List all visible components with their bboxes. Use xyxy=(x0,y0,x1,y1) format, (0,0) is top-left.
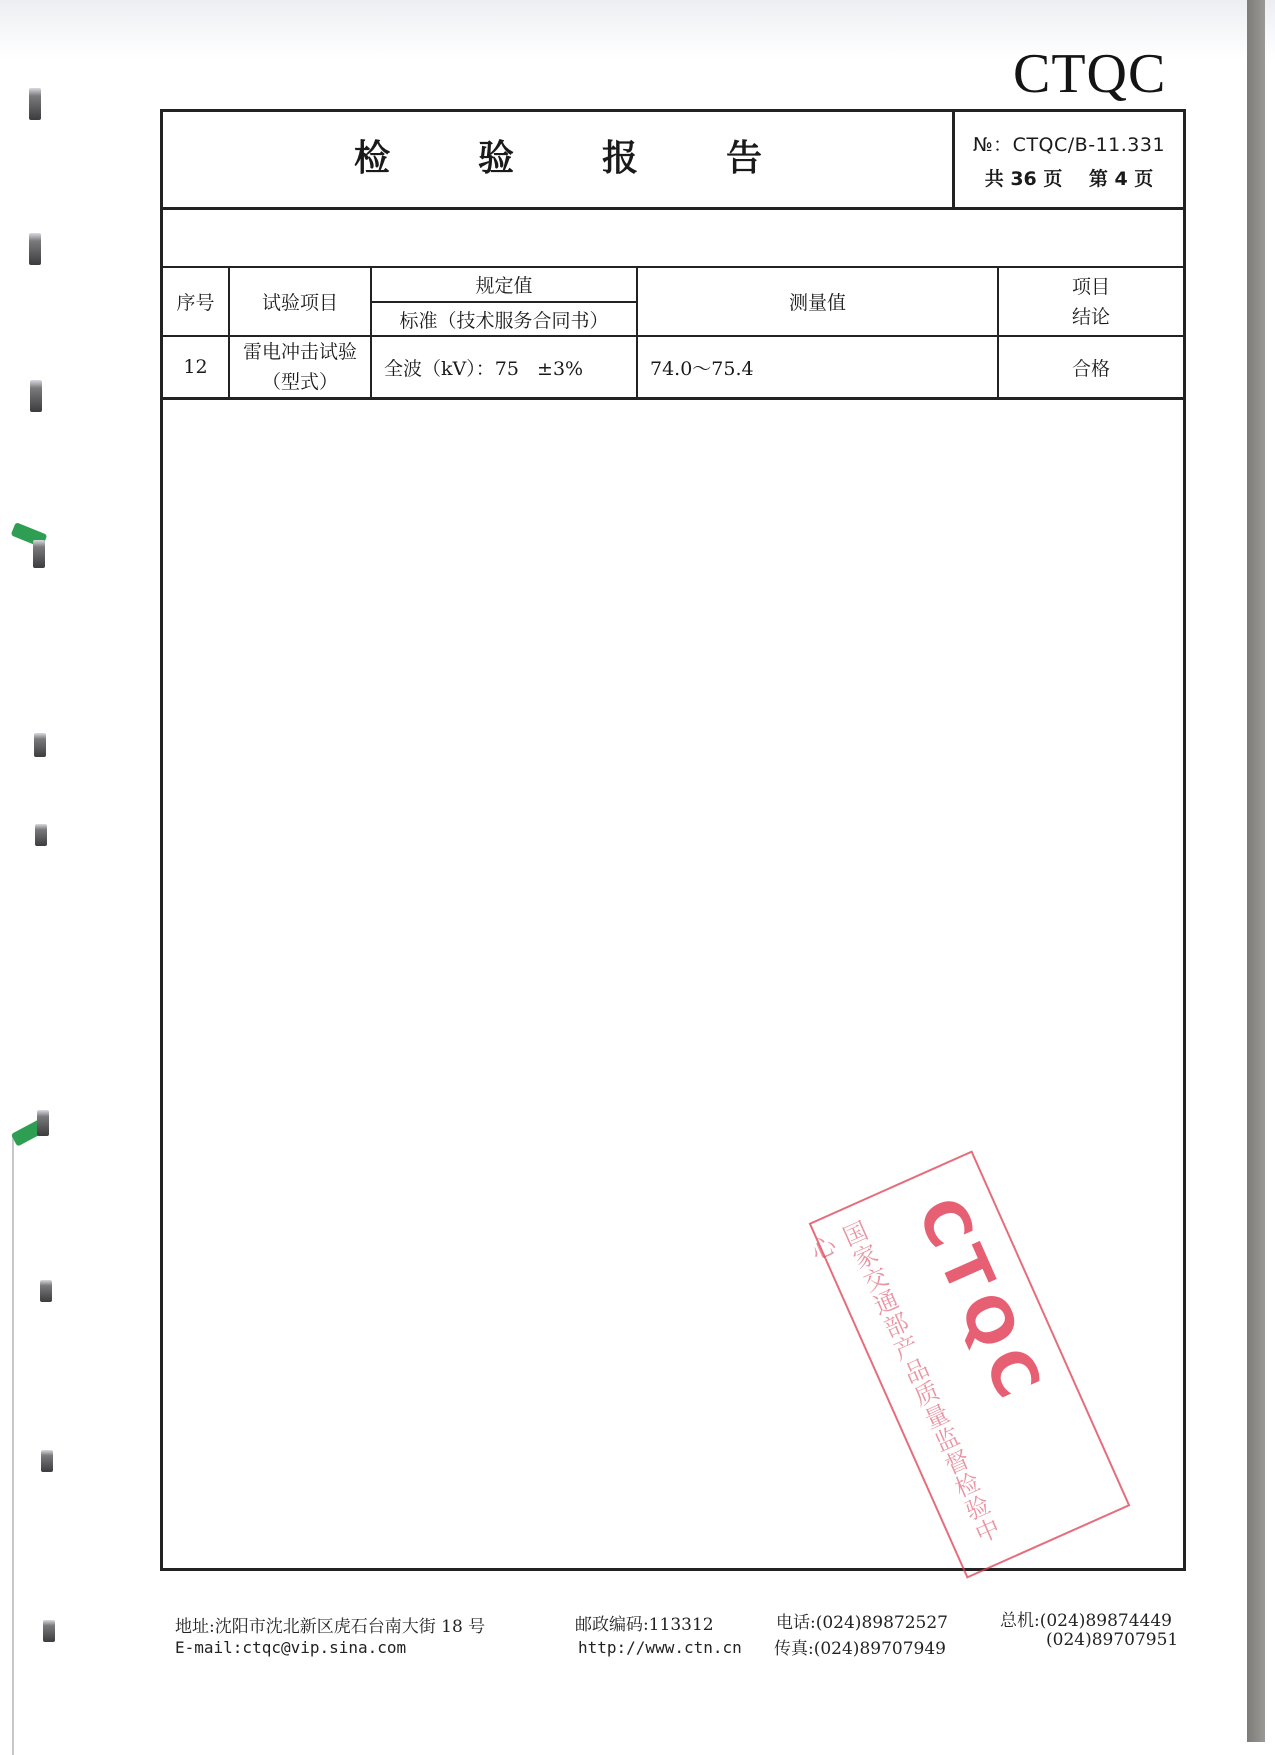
report-number: №：CTQC/B-11.331 xyxy=(955,130,1183,157)
cell-item-line2: （型式） xyxy=(230,367,370,397)
header-spec-sub: 标准（技术服务合同书） xyxy=(371,302,637,336)
cell-seq: 12 xyxy=(163,336,229,399)
footer-switchboard-2: (024)89707951 xyxy=(1046,1630,1178,1650)
scan-right-edge xyxy=(1247,0,1265,1742)
title-char: 检 xyxy=(354,130,390,181)
current-page: 第 4 页 xyxy=(1089,168,1153,190)
scan-left-line xyxy=(12,1135,14,1755)
report-number-box: №：CTQC/B-11.331 共 36 页 第 4 页 xyxy=(952,112,1183,207)
cell-spec: 全波（kV）：75 ±3% xyxy=(371,336,637,399)
footer-fax: 传真:(024)89707949 xyxy=(774,1634,946,1659)
footer-address: 地址:沈阳市沈北新区虎石台南大街 18 号 xyxy=(175,1612,485,1637)
header-conclusion-line1: 项目 xyxy=(999,272,1183,302)
brand-logo-text: CTQC xyxy=(1013,42,1166,106)
footer-phone: 电话:(024)89872527 xyxy=(776,1608,948,1633)
footer-email[interactable]: E-mail:ctqc@vip.sina.com xyxy=(175,1638,406,1657)
binding-hole xyxy=(41,1450,53,1472)
binding-hole xyxy=(40,1280,52,1302)
table-row: 12 雷电冲击试验 （型式） 全波（kV）：75 ±3% 74.0～75.4 合… xyxy=(163,336,1183,399)
header-seq: 序号 xyxy=(163,268,229,336)
title-char: 告 xyxy=(726,130,762,181)
cell-conclusion: 合格 xyxy=(998,336,1183,399)
header-conclusion-line2: 结论 xyxy=(999,302,1183,332)
page-info: 共 36 页 第 4 页 xyxy=(955,164,1183,191)
header-spec-group: 规定值 xyxy=(371,268,637,302)
footer-website[interactable]: http://www.ctn.cn xyxy=(578,1638,742,1657)
title-char: 报 xyxy=(602,130,638,181)
binding-hole xyxy=(29,233,41,265)
binding-hole xyxy=(43,1620,55,1642)
binding-hole xyxy=(33,540,45,568)
footer-switchboard-1: 总机:(024)89874449 xyxy=(1000,1606,1172,1631)
total-pages: 共 36 页 xyxy=(985,168,1063,190)
binding-hole xyxy=(34,733,46,757)
blank-row xyxy=(163,210,1183,268)
binding-hole xyxy=(30,380,42,412)
cell-item: 雷电冲击试验 （型式） xyxy=(229,336,371,399)
cell-measured: 74.0～75.4 xyxy=(637,336,998,399)
header-measured: 测量值 xyxy=(637,268,998,336)
cell-item-line1: 雷电冲击试验 xyxy=(230,337,370,367)
title-char: 验 xyxy=(478,130,514,181)
results-table: 序号 试验项目 规定值 测量值 项目 结论 标准（技术服务合同书） 12 雷电冲… xyxy=(163,268,1183,400)
report-title: 检验报告 xyxy=(163,130,953,181)
binding-hole xyxy=(29,88,41,120)
title-row: 检验报告 №：CTQC/B-11.331 共 36 页 第 4 页 xyxy=(163,112,1183,210)
binding-hole xyxy=(37,1110,49,1136)
footer-postcode: 邮政编码:113312 xyxy=(575,1610,714,1635)
header-item: 试验项目 xyxy=(229,268,371,336)
binding-hole xyxy=(35,824,47,846)
header-conclusion: 项目 结论 xyxy=(998,268,1183,336)
